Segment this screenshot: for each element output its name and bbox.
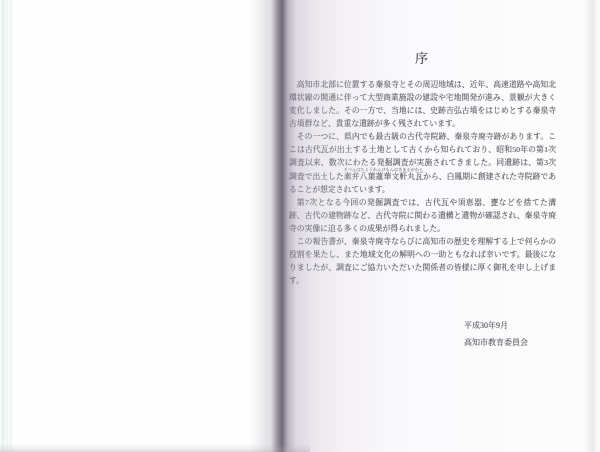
preface-body: 高知市北部に位置する秦泉寺とその周辺地域は、近年、高速道路や高知北環状線の開通に… [289, 78, 556, 287]
ruby-reading-text: そべんはちようれんげもんのきまるがわら [344, 167, 424, 172]
preface-paragraph-2: その一つに、県内でも最古級の古代寺院跡、秦泉寺廃寺跡があります。ここは古代瓦が出… [289, 130, 556, 196]
preface-paragraph-3: 第7次となる今回の発掘調査では、古代瓦や須恵器、甕などを捨てた溝跡、古代の建物跡… [289, 196, 556, 235]
book-spread-photo: 序 高知市北部に位置する秦泉寺とその周辺地域は、近年、高速道路や高知北環状線の開… [0, 0, 600, 452]
left-page-blank [0, 0, 285, 452]
colophon: 平成30年9月 高知市教育委員会 [464, 318, 528, 351]
ruby-annotation: 素弁八葉蓮華文軒丸瓦そべんはちようれんげもんのきまるがわら [344, 172, 423, 181]
ruby-base-text: 素弁八葉蓮華文軒丸瓦 [344, 172, 424, 181]
preface-paragraph-1: 高知市北部に位置する秦泉寺とその周辺地域は、近年、高速道路や高知北環状線の開通に… [289, 78, 556, 130]
page-fore-edge [0, 0, 14, 452]
colophon-organization: 高知市教育委員会 [464, 335, 528, 352]
preface-title: 序 [289, 48, 556, 67]
preface-paragraph-4: この報告書が、秦泉寺廃寺ならびに高知市の歴史を理解する上で何らかの役割を果たし、… [289, 235, 556, 287]
colophon-date: 平成30年9月 [464, 318, 528, 335]
